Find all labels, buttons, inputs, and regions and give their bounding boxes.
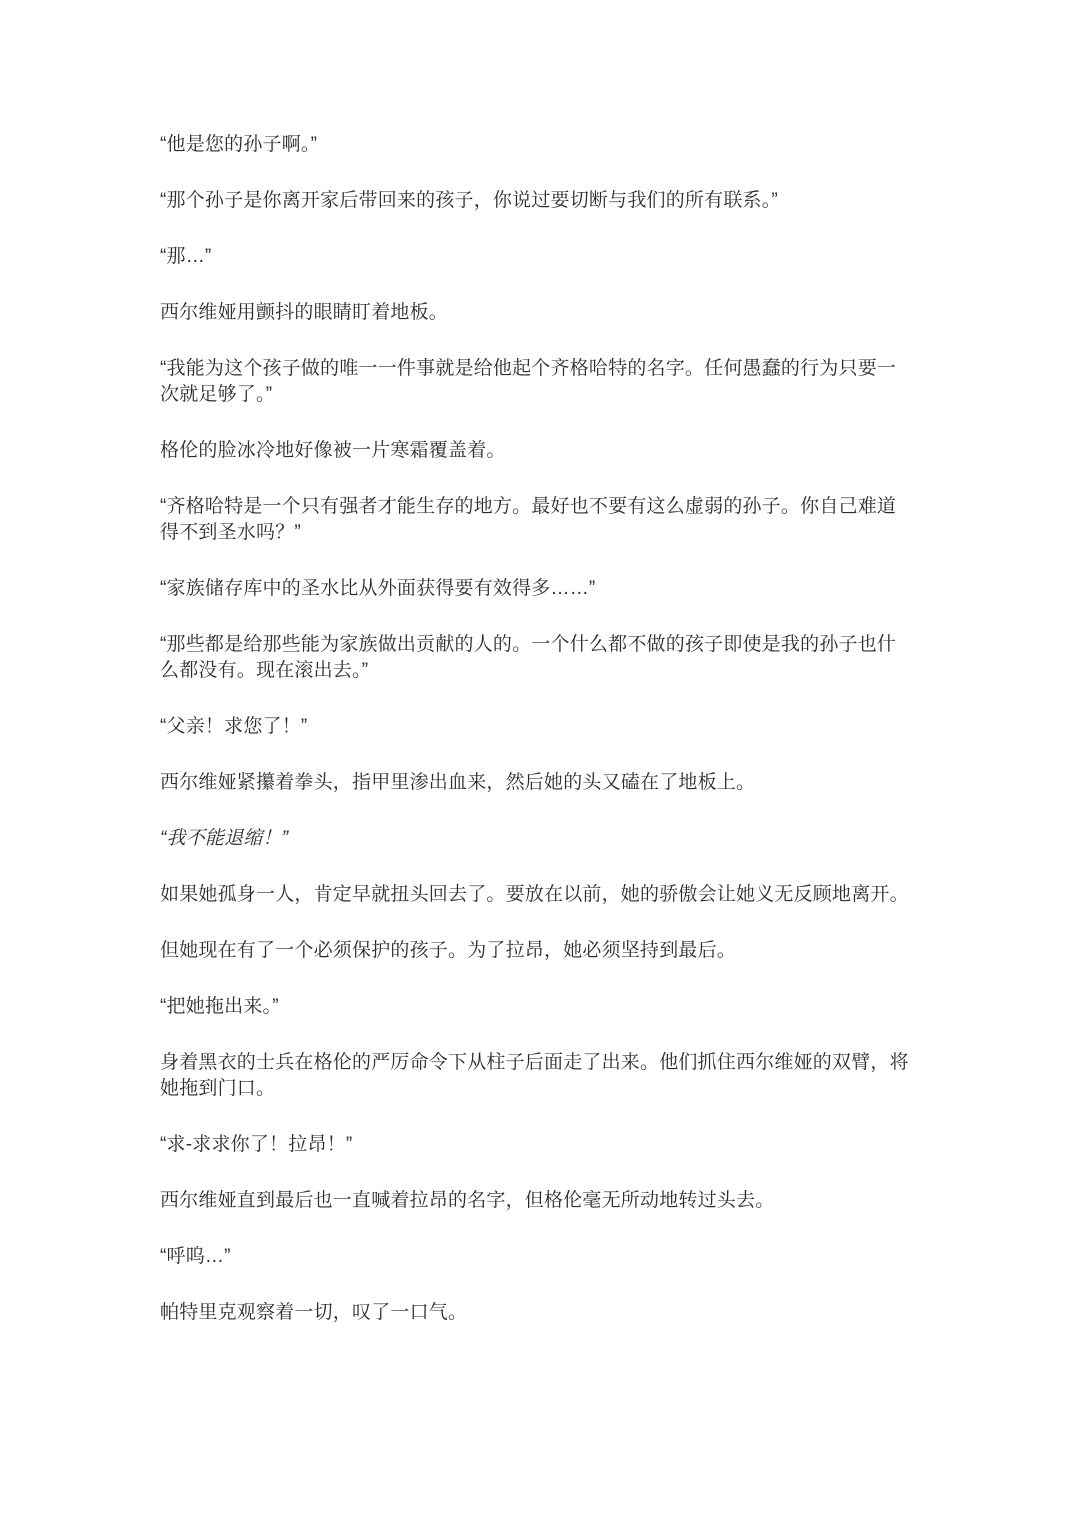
paragraph: “父亲！求您了！” [160,714,913,740]
paragraph: “我不能退缩！” [160,826,913,852]
paragraph: 但她现在有了一个必须保护的孩子。为了拉昂，她必须坚持到最后。 [160,938,913,964]
paragraph: 西尔维娅用颤抖的眼睛盯着地板。 [160,300,913,326]
paragraph: 如果她孤身一人，肯定早就扭头回去了。要放在以前，她的骄傲会让她义无反顾地离开。 [160,882,913,908]
paragraph: 帕特里克观察着一切，叹了一口气。 [160,1300,913,1326]
paragraph: 西尔维娅紧攥着拳头，指甲里渗出血来，然后她的头又磕在了地板上。 [160,770,913,796]
paragraph: 身着黑衣的士兵在格伦的严厉命令下从柱子后面走了出来。他们抓住西尔维娅的双臂，将她… [160,1050,913,1102]
paragraph: “把她拖出来。” [160,994,913,1020]
paragraph: “那些都是给那些能为家族做出贡献的人的。一个什么都不做的孩子即使是我的孙子也什么… [160,632,913,684]
document-page: “他是您的孙子啊。”“那个孙子是你离开家后带回来的孩子，你说过要切断与我们的所有… [0,0,1074,1519]
paragraph: “呼呜…” [160,1244,913,1270]
paragraph: “求-求求你了！拉昂！” [160,1132,913,1158]
paragraph: “那…” [160,244,913,270]
paragraph: “那个孙子是你离开家后带回来的孩子，你说过要切断与我们的所有联系。” [160,188,913,214]
paragraph: “家族储存库中的圣水比从外面获得要有效得多……” [160,576,913,602]
paragraph: “我能为这个孩子做的唯一一件事就是给他起个齐格哈特的名字。任何愚蠢的行为只要一次… [160,356,913,408]
paragraph: “齐格哈特是一个只有强者才能生存的地方。最好也不要有这么虚弱的孙子。你自己难道得… [160,494,913,546]
paragraph: 西尔维娅直到最后也一直喊着拉昂的名字，但格伦毫无所动地转过头去。 [160,1188,913,1214]
paragraph: 格伦的脸冰冷地好像被一片寒霜覆盖着。 [160,438,913,464]
novel-text-body: “他是您的孙子啊。”“那个孙子是你离开家后带回来的孩子，你说过要切断与我们的所有… [160,132,913,1326]
paragraph: “他是您的孙子啊。” [160,132,913,158]
